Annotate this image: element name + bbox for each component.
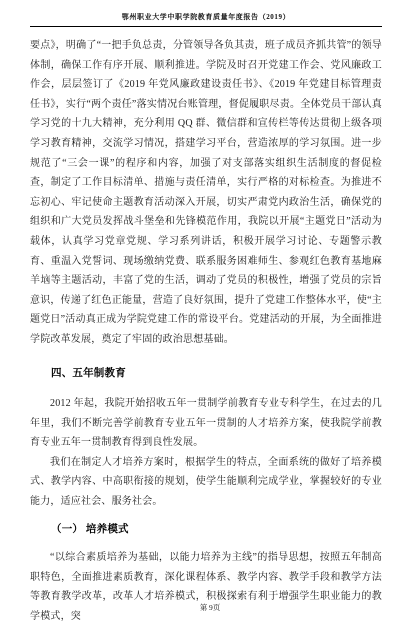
section-heading-five-year-education: 四、五年制教育 [30, 364, 382, 384]
header-title: 鄂州职业大学中职学院教育质量年度报告（2019） [122, 13, 290, 21]
paragraph-training-plan: 我们在制定人才培养方案时，根据学生的特点，全面系统的做好了培养模式、教学内容、中… [30, 453, 382, 512]
document-page: 鄂州职业大学中职学院教育质量年度报告（2019） 要点》，明确了“一把手负总责，… [0, 0, 420, 626]
page-number: 第 9页 [200, 603, 221, 612]
page-header: 鄂州职业大学中职学院教育质量年度报告（2019） [30, 12, 382, 27]
document-body: 要点》，明确了“一把手负总责，分管领导各负其责，班子成员齐抓共管”的领导体制，确… [30, 36, 382, 626]
paragraph-party-building: 要点》，明确了“一把手负总责，分管领导各负其责，班子成员齐抓共管”的领导体制，确… [30, 36, 382, 350]
page-footer: 第 9页 [0, 602, 420, 613]
paragraph-enrollment: 2012 年起，我院开始招收五年一贯制学前教育专业专科学生，在过去的几年里，我们… [30, 394, 382, 453]
subsection-heading-training-mode: （一） 培养模式 [30, 520, 382, 540]
paragraph-training-mode: “以综合素质培养为基础，以能力培养为主线”的指导思想，按照五年制高职特色，全面推… [30, 548, 382, 626]
